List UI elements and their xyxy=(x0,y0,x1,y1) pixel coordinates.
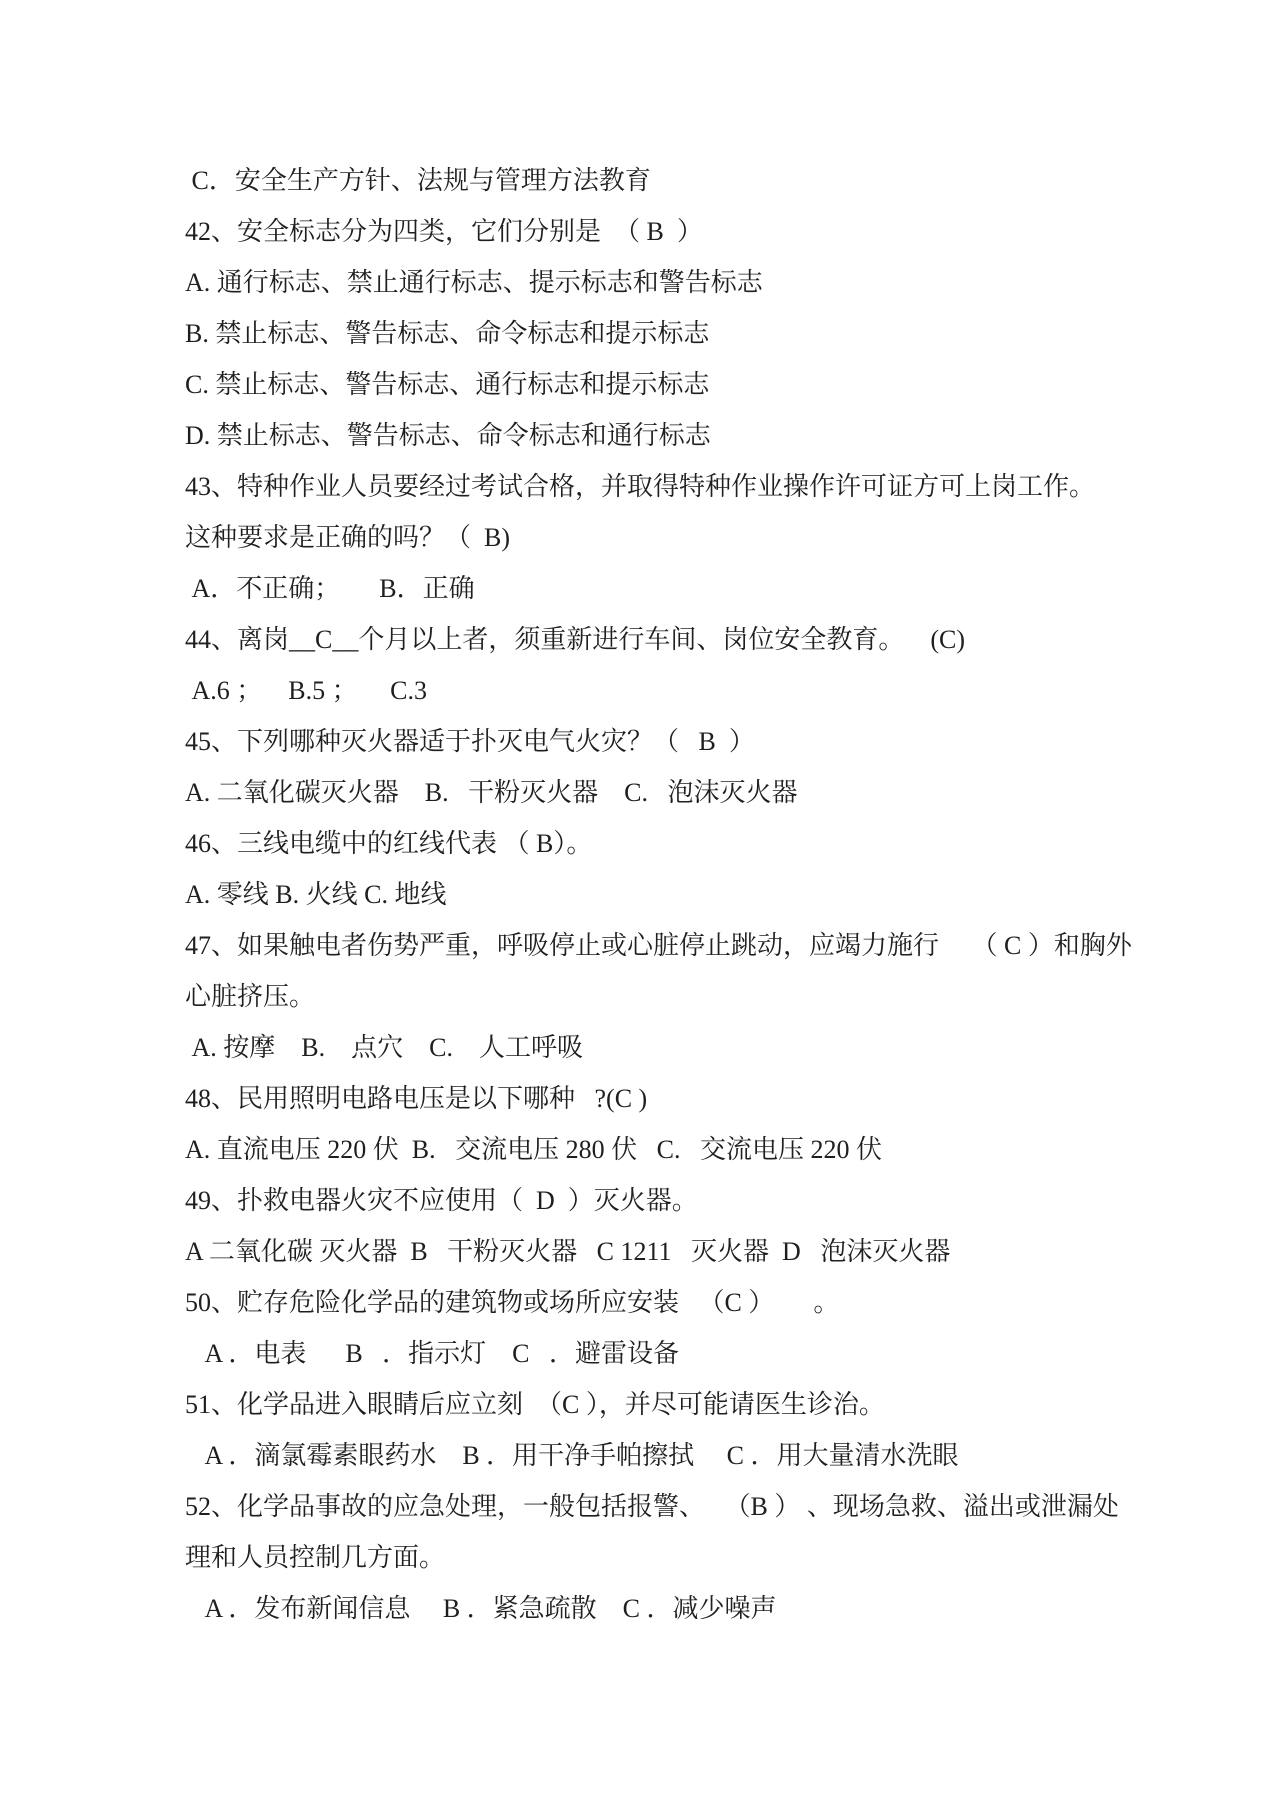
text-line-q47-options: A. 按摩 B. 点穴 C. 人工呼吸 xyxy=(185,1022,1204,1073)
text-line-q42-option-c: C. 禁止标志、警告标志、通行标志和提示标志 xyxy=(185,359,1204,410)
text-line-q46-options: A. 零线 B. 火线 C. 地线 xyxy=(185,869,1204,920)
text-line-q48-options: A. 直流电压 220 伏 B. 交流电压 280 伏 C. 交流电压 220 … xyxy=(185,1124,1204,1175)
text-line-question-42: 42、安全标志分为四类，它们分别是 （ B ） xyxy=(185,206,1204,257)
text-line-q43-options: A．不正确； B．正确 xyxy=(185,563,1204,614)
text-line-question-52: 52、化学品事故的应急处理，一般包括报警、 （B ） 、现场急救、溢出或泄漏处 xyxy=(185,1481,1204,1532)
text-line-question-43: 43、特种作业人员要经过考试合格，并取得特种作业操作许可证方可上岗工作。 xyxy=(185,461,1204,512)
text-line-q44-options: A.6 ； B.5 ； C.3 xyxy=(185,665,1204,716)
text-line-q50-options: A ．电表 B ．指示灯 C ．避雷设备 xyxy=(185,1328,1204,1379)
text-line-question-52-cont: 理和人员控制几方面。 xyxy=(185,1532,1204,1583)
text-line-question-43-cont: 这种要求是正确的吗？（ B) xyxy=(185,512,1204,563)
text-line-question-47: 47、如果触电者伤势严重，呼吸停止或心脏停止跳动，应竭力施行 （ C ）和胸外 xyxy=(185,920,1204,971)
text-line-question-50: 50、贮存危险化学品的建筑物或场所应安装 （C ） 。 xyxy=(185,1277,1204,1328)
text-line-option-41c: C．安全生产方针、法规与管理方法教育 xyxy=(185,155,1204,206)
document-page: C．安全生产方针、法规与管理方法教育 42、安全标志分为四类，它们分别是 （ B… xyxy=(0,0,1274,1804)
text-line-question-48: 48、民用照明电路电压是以下哪种 ?(C ) xyxy=(185,1073,1204,1124)
text-line-q52-options: A ．发布新闻信息 B ．紧急疏散 C ．减少噪声 xyxy=(185,1583,1204,1634)
text-line-q42-option-a: A. 通行标志、禁止通行标志、提示标志和警告标志 xyxy=(185,257,1204,308)
text-line-question-45: 45、下列哪种灭火器适于扑灭电气火灾？（ B ） xyxy=(185,716,1204,767)
text-line-q42-option-b: B. 禁止标志、警告标志、命令标志和提示标志 xyxy=(185,308,1204,359)
text-line-question-47-cont: 心脏挤压。 xyxy=(185,971,1204,1022)
text-line-question-46: 46、三线电缆中的红线代表 （ B）。 xyxy=(185,818,1204,869)
text-line-q49-options: A 二氧化碳 灭火器 B 干粉灭火器 C 1211 灭火器 D 泡沫灭火器 xyxy=(185,1226,1204,1277)
text-line-question-51: 51、化学品进入眼睛后应立刻 （C ），并尽可能请医生诊治。 xyxy=(185,1379,1204,1430)
text-line-question-49: 49、扑救电器火灾不应使用（ D ）灭火器。 xyxy=(185,1175,1204,1226)
text-line-question-44: 44、离岗__C__个月以上者，须重新进行车间、岗位安全教育。 (C) xyxy=(185,614,1204,665)
text-line-q42-option-d: D. 禁止标志、警告标志、命令标志和通行标志 xyxy=(185,410,1204,461)
text-line-q51-options: A ．滴氯霉素眼药水 B ．用干净手帕擦拭 C ．用大量清水洗眼 xyxy=(185,1430,1204,1481)
text-line-q45-options: A. 二氧化碳灭火器 B. 干粉灭火器 C. 泡沫灭火器 xyxy=(185,767,1204,818)
